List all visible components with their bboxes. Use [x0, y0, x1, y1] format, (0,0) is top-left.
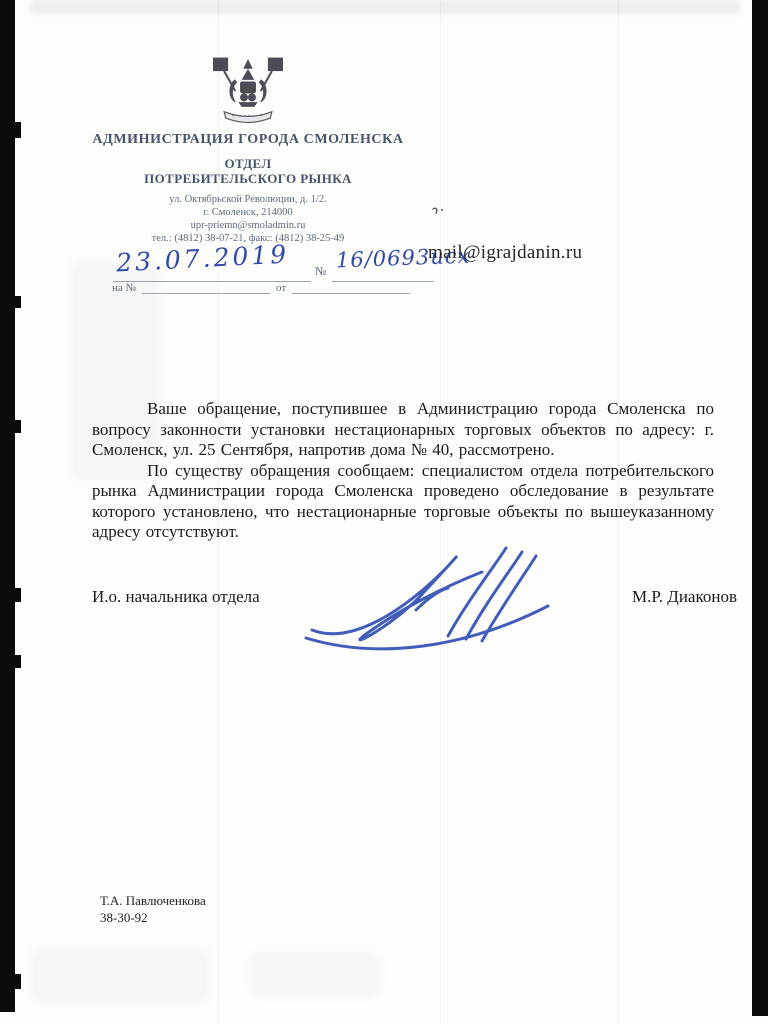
- recipient-email: mail@igrajdanin.ru: [428, 242, 582, 264]
- letterhead-address-city: г. Смоленск, 214000: [70, 206, 426, 219]
- scan-edge-left: [0, 0, 15, 1012]
- signoff-row: И.о. начальника отдела М.Р. Диаконов: [92, 587, 737, 607]
- scan-edge-notch: [0, 974, 21, 989]
- reply-prefix-label: на №: [112, 282, 136, 294]
- dept-name-line2: ПОТРЕБИТЕЛЬСКОГО РЫНКА: [70, 171, 426, 186]
- scanned-letter-page: АДМИНИСТРАЦИЯ ГОРОДА СМОЛЕНСКА ОТДЕЛ ПОТ…: [0, 0, 768, 1024]
- body-paragraph-2: По существу обращения сообщаем: специали…: [92, 461, 714, 543]
- reply-from-label: от: [276, 282, 286, 294]
- letterhead: АДМИНИСТРАЦИЯ ГОРОДА СМОЛЕНСКА ОТДЕЛ ПОТ…: [70, 56, 426, 245]
- number-sign-label: №: [315, 264, 326, 279]
- executor-block: Т.А. Павлюченкова 38-30-92: [100, 892, 206, 926]
- coat-of-arms-icon: [208, 56, 288, 126]
- dept-name-line1: ОТДЕЛ: [70, 156, 426, 171]
- reply-date-underline: [292, 282, 410, 294]
- body-paragraph-1: Ваше обращение, поступившее в Администра…: [92, 399, 714, 461]
- ink-mark: [430, 206, 446, 220]
- scan-edge-notch: [0, 122, 21, 138]
- scan-blot: [30, 948, 210, 1003]
- letter-body: Ваше обращение, поступившее в Администра…: [92, 399, 714, 543]
- signer-name: М.Р. Диаконов: [632, 587, 737, 607]
- org-name: АДМИНИСТРАЦИЯ ГОРОДА СМОЛЕНСКА: [70, 132, 426, 148]
- executor-name: Т.А. Павлюченкова: [100, 892, 206, 909]
- scan-edge-notch: [0, 588, 21, 602]
- letterhead-address-street: ул. Октябрьской Революции, д. 1/2.: [70, 193, 426, 206]
- scan-edge-notch: [0, 420, 21, 433]
- reply-reference-line: на № от: [112, 282, 410, 294]
- signer-position: И.о. начальника отдела: [92, 587, 260, 607]
- scan-edge-notch: [0, 655, 21, 668]
- reply-number-underline: [142, 282, 270, 294]
- scan-top-smudge: [30, 0, 740, 14]
- executor-phone: 38-30-92: [100, 909, 206, 926]
- scan-edge-right: [752, 0, 768, 1016]
- scan-edge-notch: [0, 296, 21, 308]
- scan-blot: [250, 952, 380, 997]
- handwritten-date: 23.07.2019: [115, 239, 289, 277]
- letterhead-email: upr-priemn@smoladmin.ru: [70, 219, 426, 232]
